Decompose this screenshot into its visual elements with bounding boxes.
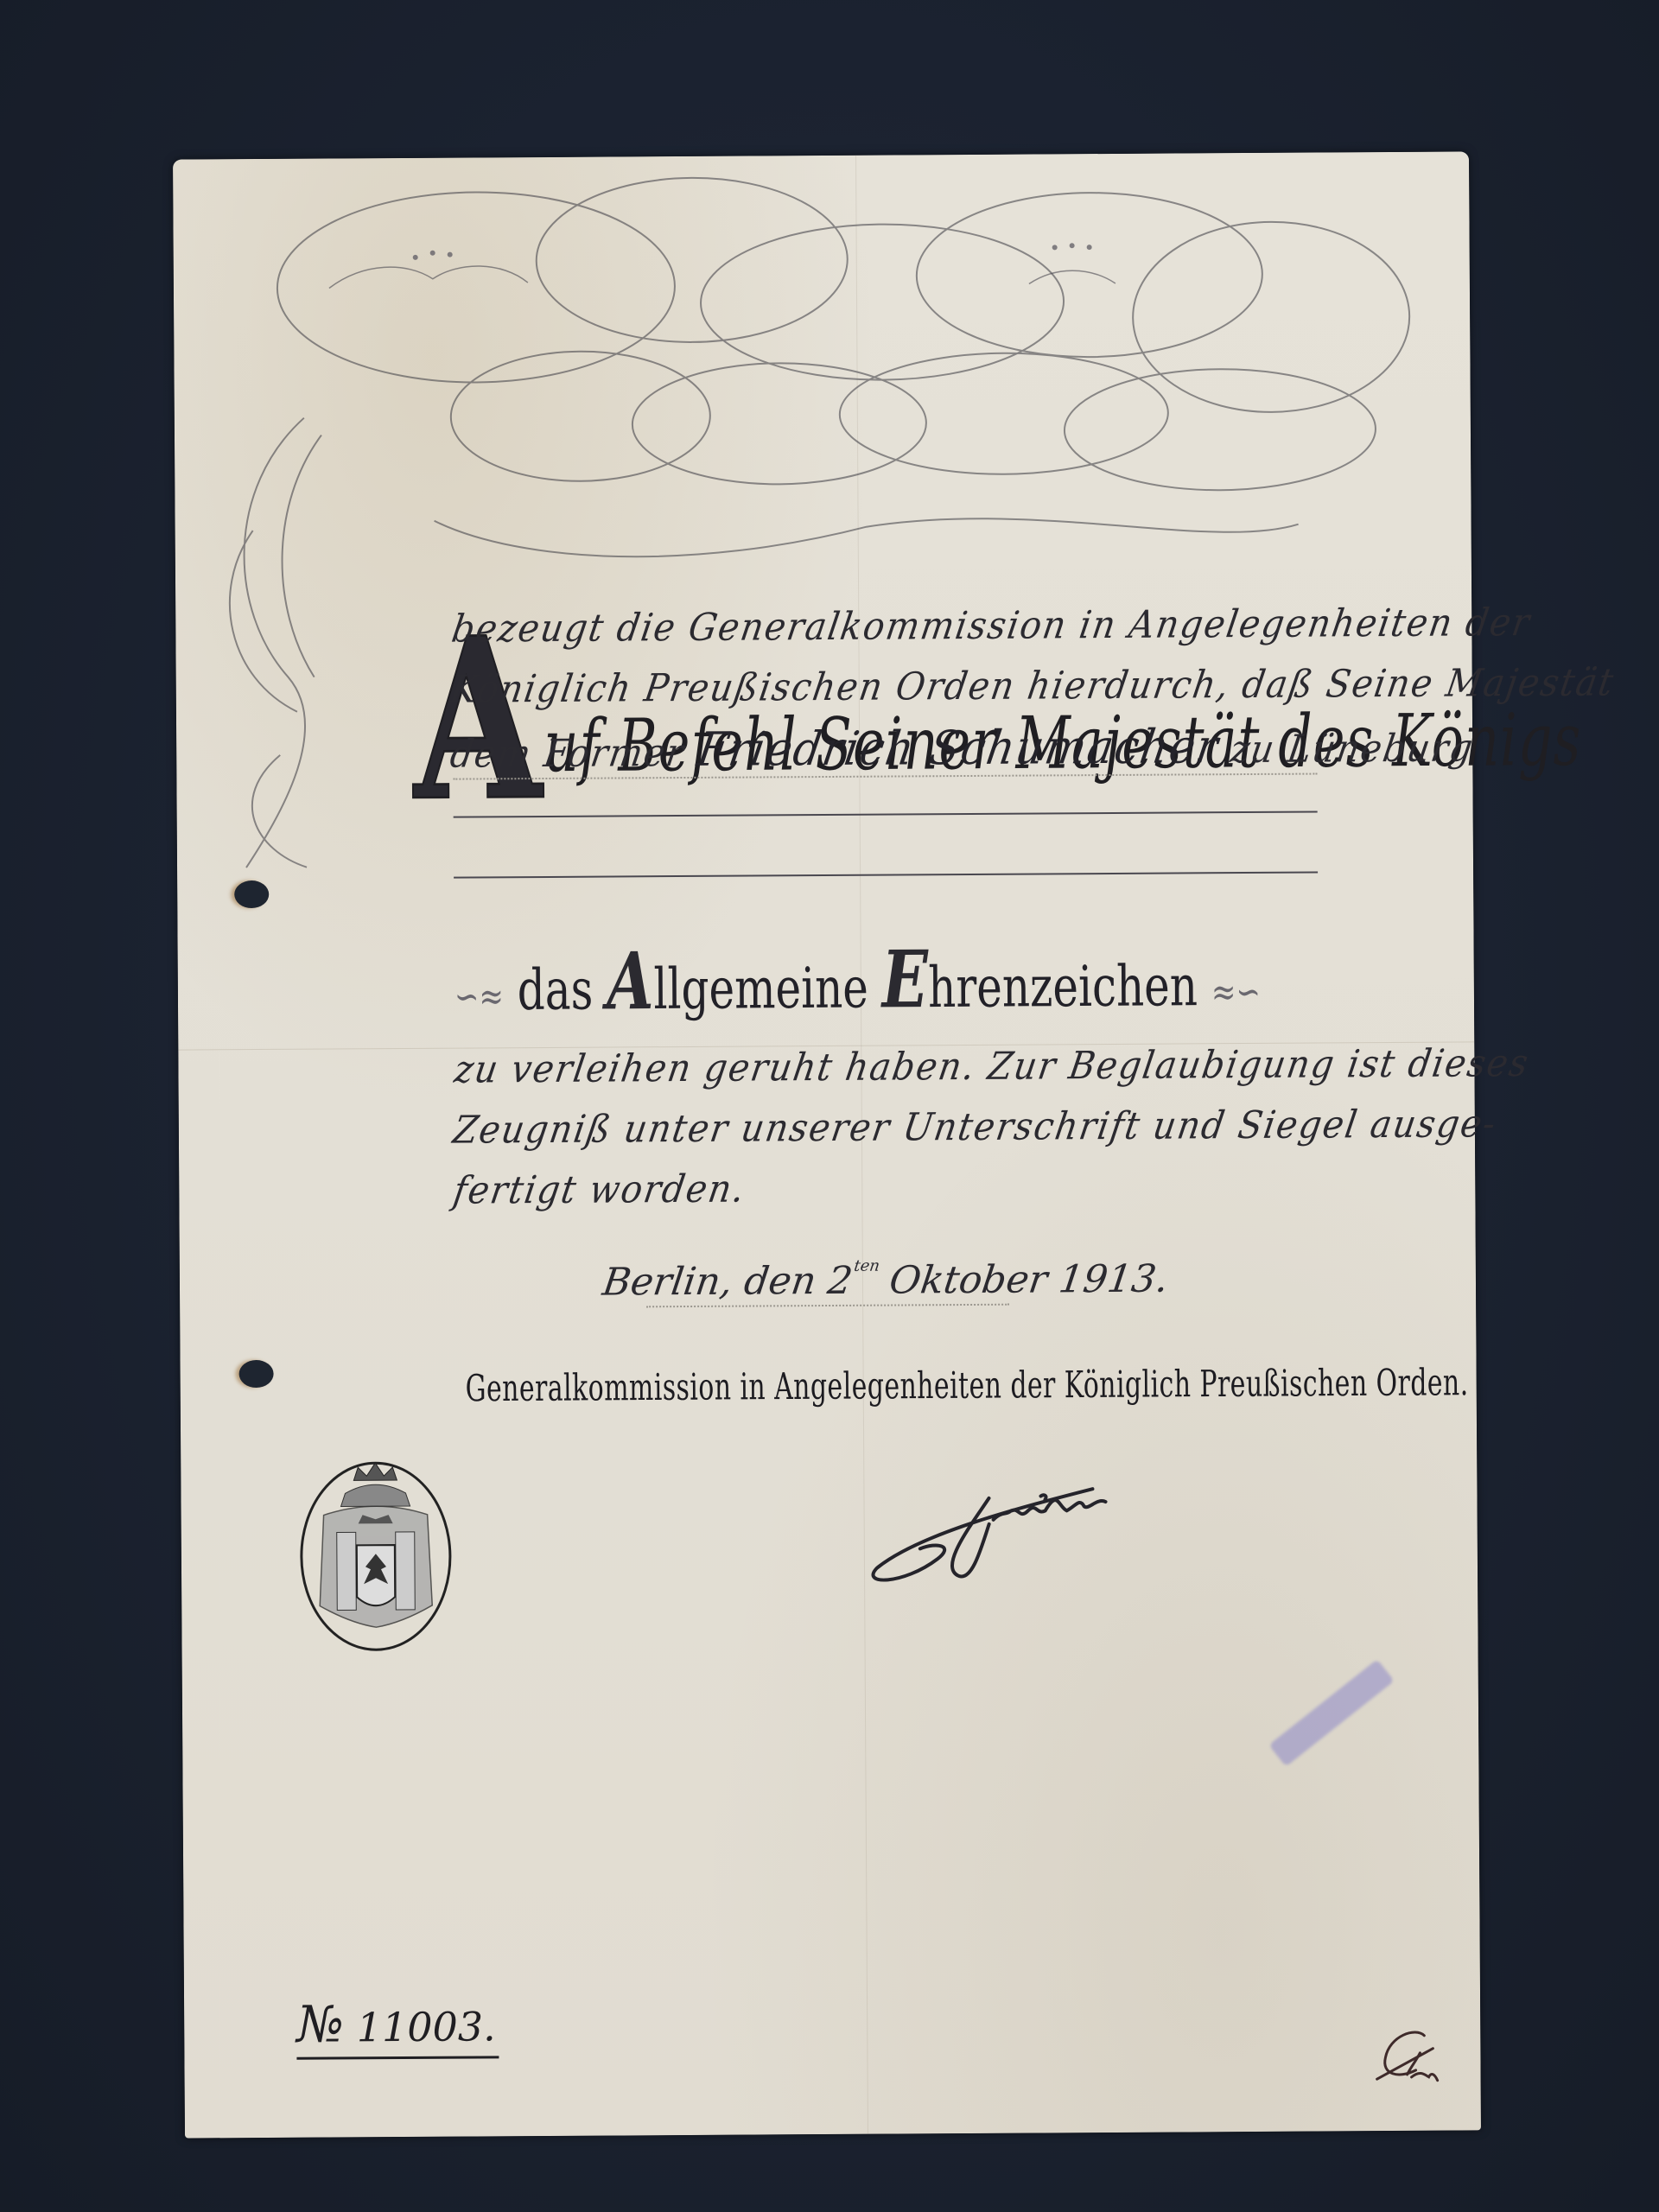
award-title: ∽≈ das Allgemeine Ehrenzeichen ≈∽ bbox=[454, 931, 1198, 1028]
number-sign-icon: № bbox=[296, 1994, 344, 2053]
handwritten-initials bbox=[1372, 2027, 1441, 2088]
date-dotted-line bbox=[646, 1304, 1009, 1308]
certificate-number: № 11003. bbox=[296, 1993, 499, 2059]
ornament-right-icon: ≈∽ bbox=[1211, 969, 1261, 1014]
date-day-suffix: ten bbox=[853, 1257, 880, 1275]
award-prefix: das bbox=[518, 957, 594, 1023]
award-cap-1: A bbox=[607, 934, 654, 1027]
coat-of-arms-seal-icon bbox=[297, 1459, 454, 1655]
official-signature bbox=[850, 1471, 1128, 1586]
body-line-3: dem Former Friedrich Schumacher zu Lüneb… bbox=[447, 717, 1478, 778]
closing-line-3: fertigt worden. bbox=[450, 1167, 748, 1213]
ornament-left-icon: ∽≈ bbox=[454, 975, 504, 1020]
date-month: Oktober bbox=[887, 1257, 1050, 1302]
punch-hole-bottom bbox=[239, 1360, 274, 1388]
award-word-1: llgemeine bbox=[653, 956, 868, 1022]
date-place: Berlin, bbox=[600, 1260, 735, 1305]
issuer-line: Generalkommission in Angelegenheiten der… bbox=[466, 1361, 1469, 1410]
certificate-paper: Auf Befehl Seiner Majestät des Königs be… bbox=[173, 151, 1481, 2138]
recipient-occupation: dem Former bbox=[448, 731, 689, 777]
closing-line-1: zu verleihen geruht haben. Zur Beglaubig… bbox=[451, 1041, 1532, 1092]
closing-line-2: Zeugniß unter unserer Unterschrift und S… bbox=[450, 1102, 1500, 1152]
date-den: den bbox=[741, 1259, 818, 1304]
issue-date: Berlin, den 2ten Oktober 1913. bbox=[600, 1255, 1171, 1305]
recipient-name: Friedrich Schumacher bbox=[694, 719, 1224, 777]
date-year: 1913. bbox=[1056, 1257, 1171, 1302]
body-line-1: bezeugt die Generalkommission in Angeleg… bbox=[448, 601, 1534, 652]
date-day: 2 bbox=[825, 1259, 855, 1303]
number-value: 11003. bbox=[357, 2003, 496, 2050]
violet-stamp-mark bbox=[1268, 1659, 1394, 1766]
body-line-2: Königlich Preußischen Orden hierdurch, d… bbox=[448, 660, 1618, 711]
award-cap-2: E bbox=[881, 932, 928, 1026]
award-word-2: hrenzeichen bbox=[928, 953, 1198, 1020]
recipient-place: zu Lüneburg bbox=[1228, 726, 1478, 772]
